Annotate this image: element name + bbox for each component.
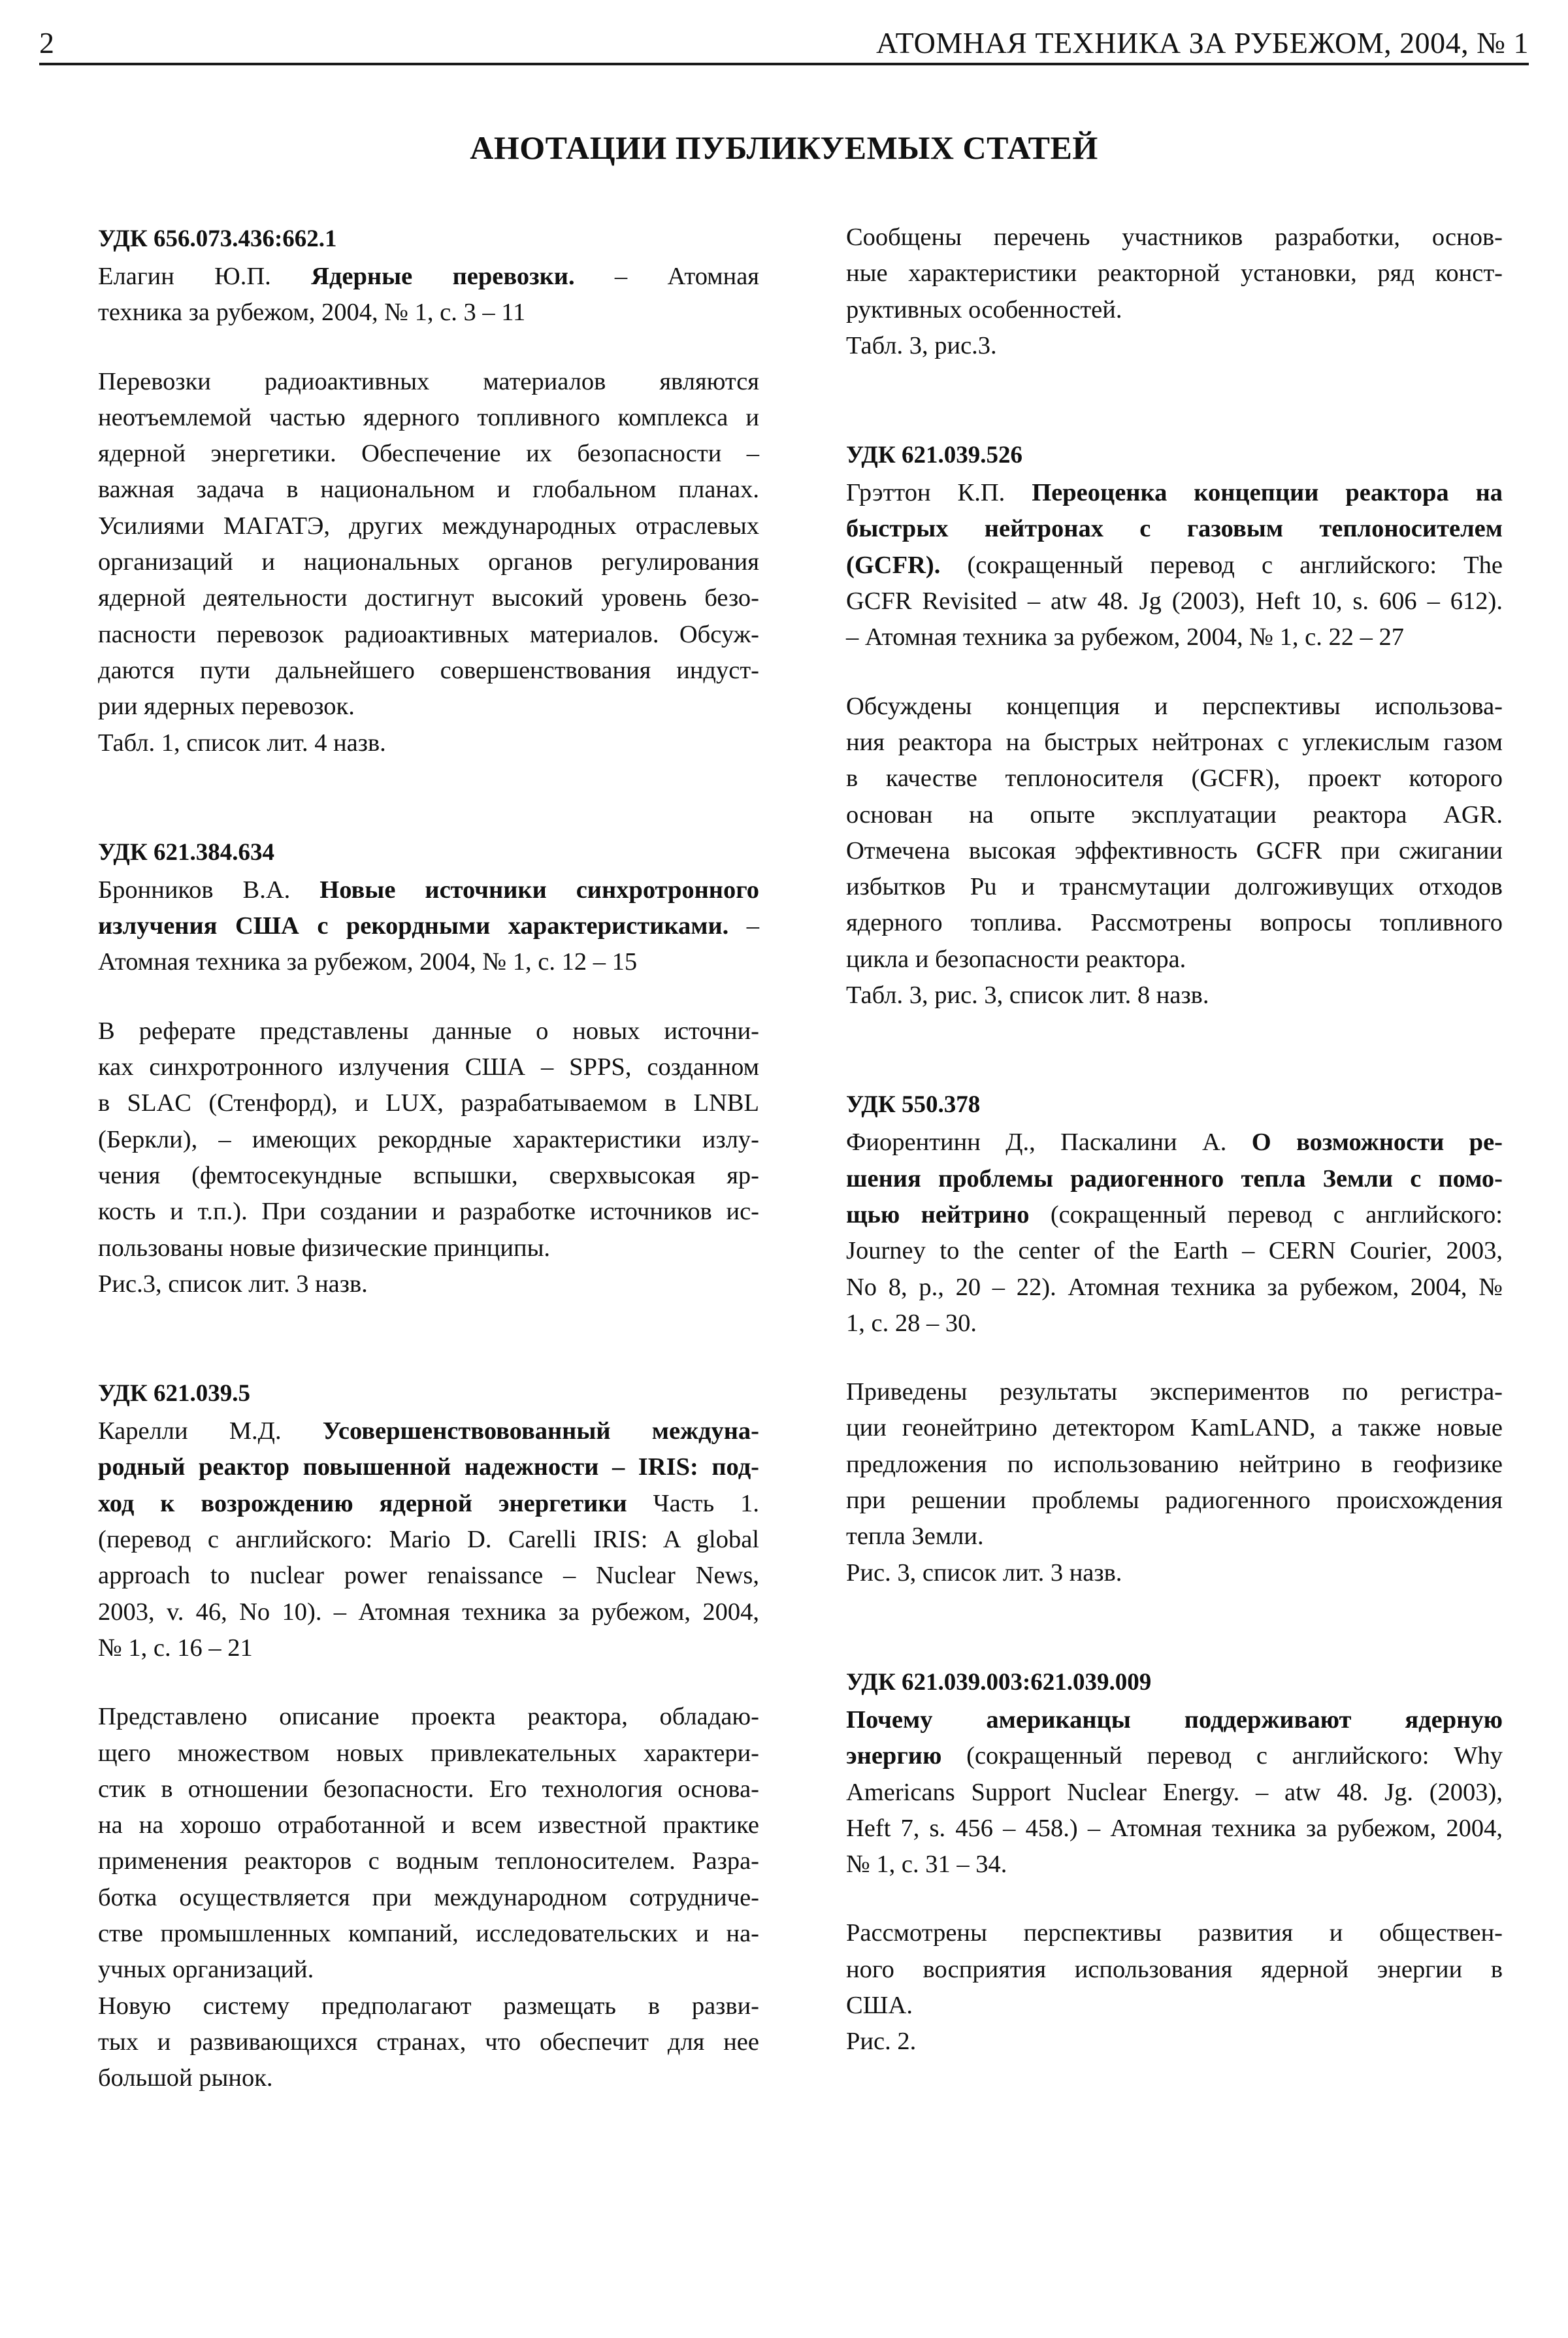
section-title: АНОТАЦИИ ПУБЛИКУЕМЫХ СТАТЕЙ [0,128,1568,167]
abstract-line: ботка осуществляется при международном с… [98,1880,759,1916]
abstract-line: тепла Земли. [846,1519,1503,1555]
running-head: 2 АТОМНАЯ ТЕХНИКА ЗА РУБЕЖОМ, 2004, № 1 [39,24,1529,63]
citation-line: № 1, с. 31 – 34. [846,1847,1503,1883]
citation-text: 1, с. 28 – 30. [846,1309,977,1337]
abstract-line: даются пути дальнейшего совершенствовани… [98,653,759,689]
journal-title: АТОМНАЯ ТЕХНИКА ЗА РУБЕЖОМ, 2004, № 1 [876,24,1529,63]
article-geoneutrino: УДК 550.378Фиорентинн Д., Паскалини А. О… [846,1085,1503,1591]
abstract-line: ядерной энергетики. Обеспечение их безоп… [98,436,759,472]
citation-text: (сокращенный перевод с английского: Why [941,1742,1503,1770]
article-title: Ядерные перевозки. [311,263,574,290]
citation-line: ход к возрождению ядерной энергетики Час… [98,1486,759,1522]
figures-note: Рис. 3, список лит. 3 назв. [846,1555,1503,1591]
citation-line: Карелли М.Д. Усовершенствовованный между… [98,1413,759,1449]
abstract-line: основан на опыте эксплуатации реактора A… [846,797,1503,833]
header-rule [39,63,1529,65]
abstract-line: стик в отношении безопасности. Его техно… [98,1771,759,1807]
article-title: излучения США с рекордными характеристик… [98,912,728,940]
citation-line: (перевод с английского: Mario D. Carelli… [98,1522,759,1558]
abstract-line: стве промышленных компаний, исследовател… [98,1916,759,1952]
abstract-line: пользованы новые физические принципы. [98,1230,759,1266]
citation-text: (сокращенный перевод с английского: The [940,552,1503,579]
citation-line: № 1, с. 16 – 21 [98,1630,759,1666]
article-title: Новые источники синхротронного [319,876,759,904]
citation-text: GCFR Revisited – atw 48. Jg (2003), Heft… [846,587,1503,615]
citation-text: – Атомная [575,263,759,290]
abstract-line: США. [846,1988,1503,2024]
citation-line: щью нейтрино (сокращенный перевод с англ… [846,1197,1503,1233]
citation-text: Атомная техника за рубежом, 2004, № 1, с… [98,948,637,976]
citation-text: Americans Support Nuclear Energy. – atw … [846,1779,1503,1806]
article-gcfr: УДК 621.039.526Грэттон К.П. Переоценка к… [846,436,1503,1013]
abstract-line: при решении проблемы радиогенного происх… [846,1483,1503,1519]
citation-line: 1, с. 28 – 30. [846,1306,1503,1342]
abstract-line: цикла и безопасности реактора. [846,942,1503,978]
article-title: энергию [846,1742,941,1770]
abstract-line: организаций и национальных органов регул… [98,544,759,580]
citation-line: 2003, v. 46, No 10). – Атомная техника з… [98,1594,759,1630]
abstract-line: чения (фемтосекундные вспышки, сверхвысо… [98,1158,759,1194]
article-title: О возможности ре- [1252,1128,1503,1156]
citation-line: Фиорентинн Д., Паскалини А. О возможност… [846,1125,1503,1161]
abstract-line: предложения по использованию нейтрино в … [846,1447,1503,1483]
abstract-line: на на хорошо отработанной и всем известн… [98,1807,759,1843]
citation-text: approach to nuclear power renaissance – … [98,1562,759,1589]
citation-line: Americans Support Nuclear Energy. – atw … [846,1775,1503,1811]
article-synchrotron: УДК 621.384.634Бронников В.А. Новые исто… [98,833,759,1302]
abstract-line: большой рынок. [98,2060,759,2096]
citation-text: 2003, v. 46, No 10). – Атомная техника з… [98,1598,759,1626]
abstract-line: Перевозки радиоактивных материалов являю… [98,364,759,400]
citation-line: – Атомная техника за рубежом, 2004, № 1,… [846,619,1503,655]
abstract-line: пасности перевозок радиоактивных материа… [98,617,759,653]
article-iris-continued: Сообщены перечень участников разработки,… [846,220,1503,364]
abstract-line: ния реактора на быстрых нейтронах с угле… [846,725,1503,761]
abstract-line: в качестве теплоносителя (GCFR), проект … [846,761,1503,797]
citation-text: Карелли М.Д. [98,1417,323,1445]
citation-text: – [728,912,759,940]
udc-code: УДК 550.378 [846,1085,1503,1125]
abstract-line: Новую систему предполагают размещать в р… [98,1988,759,2024]
citation-text: Елагин Ю.П. [98,263,311,290]
udc-code: УДК 621.039.003:621.039.009 [846,1663,1503,1702]
abstract-line: Сообщены перечень участников разработки,… [846,220,1503,255]
citation-line: Почему американцы поддерживают ядерную [846,1702,1503,1738]
abstract-line: неотъемлемой частью ядерного топливного … [98,400,759,436]
figures-note: Рис.3, список лит. 3 назв. [98,1266,759,1302]
abstract-line: Усилиями МАГАТЭ, других международных от… [98,508,759,544]
article-title: ход к возрождению ядерной энергетики [98,1490,627,1517]
citation-text: – Атомная техника за рубежом, 2004, № 1,… [846,623,1404,651]
citation-line: излучения США с рекордными характеристик… [98,908,759,944]
citation-text: Грэттон К.П. [846,479,1032,506]
abstract-line: (Беркли), – имеющих рекордные характерис… [98,1122,759,1158]
udc-code: УДК 656.073.436:662.1 [98,220,759,259]
abstract-line: ции геонейтрино детектором KamLAND, а та… [846,1410,1503,1446]
abstract-line: Рассмотрены перспективы развития и общес… [846,1915,1503,1951]
abstract-line: ного восприятия использования ядерной эн… [846,1952,1503,1988]
right-column: Сообщены перечень участников разработки,… [846,220,1503,2060]
citation-text: № 1, с. 31 – 34. [846,1851,1007,1878]
citation-line: GCFR Revisited – atw 48. Jg (2003), Heft… [846,584,1503,619]
citation-text: No 8, p., 20 – 22). Атомная техника за р… [846,1274,1503,1301]
article-title: Усовершенствовованный междуна- [323,1417,759,1445]
article-american-support: УДК 621.039.003:621.039.009Почему америк… [846,1663,1503,2060]
abstract-line: избытков Pu и трансмутации долгоживущих … [846,869,1503,905]
abstract-line: важная задача в национальном и глобально… [98,472,759,508]
page-number: 2 [39,24,54,63]
citation-text: Heft 7, s. 456 – 458.) – Атомная техника… [846,1815,1503,1842]
abstract-line: ках синхротронного излучения США – SPPS,… [98,1049,759,1085]
article-title: (GCFR). [846,552,940,579]
udc-code: УДК 621.039.5 [98,1374,759,1413]
citation-text: Бронников В.А. [98,876,319,904]
figures-note: Табл. 3, рис.3. [846,328,1503,364]
abstract-line: Отмечена высокая эффективность GCFR при … [846,833,1503,869]
udc-code: УДК 621.039.526 [846,436,1503,475]
article-title: Почему американцы поддерживают ядерную [846,1706,1503,1734]
article-title: быстрых нейтронах с газовым теплоносител… [846,515,1503,542]
abstract-line: рии ядерных перевозок. [98,689,759,725]
citation-text: Часть 1. [627,1490,759,1517]
abstract-line: Представлено описание проекта реактора, … [98,1699,759,1735]
citation-text: Journey to the center of the Earth – CER… [846,1237,1503,1264]
citation-line: шения проблемы радиогенного тепла Земли … [846,1161,1503,1197]
article-title: Переоценка концепции реактора на [1032,479,1503,506]
abstract-line: руктивных особенностей. [846,292,1503,328]
figures-note: Рис. 2. [846,2024,1503,2060]
article-title: шения проблемы радиогенного тепла Земли … [846,1165,1503,1193]
citation-line: Атомная техника за рубежом, 2004, № 1, с… [98,944,759,980]
abstract-line: щего множеством новых привлекательных ха… [98,1736,759,1771]
citation-line: Елагин Ю.П. Ядерные перевозки. – Атомная [98,259,759,295]
figures-note: Табл. 3, рис. 3, список лит. 8 назв. [846,978,1503,1013]
udc-code: УДК 621.384.634 [98,833,759,872]
abstract-line: ные характеристики реакторной установки,… [846,255,1503,291]
abstract-line: ядерного топлива. Рассмотрены вопросы то… [846,905,1503,941]
figures-note: Табл. 1, список лит. 4 назв. [98,725,759,761]
citation-text: (перевод с английского: Mario D. Carelli… [98,1526,759,1553]
abstract-line: Обсуждены концепция и перспективы исполь… [846,689,1503,725]
citation-line: Бронников В.А. Новые источники синхротро… [98,872,759,908]
abstract-line: в SLAC (Стенфорд), и LUX, разрабатываемо… [98,1085,759,1121]
citation-text: № 1, с. 16 – 21 [98,1634,253,1662]
abstract-line: кость и т.п.). При создании и разработке… [98,1194,759,1230]
article-transport: УДК 656.073.436:662.1Елагин Ю.П. Ядерные… [98,220,759,761]
abstract-line: ядерной деятельности достигнут высокий у… [98,580,759,616]
citation-text: Фиорентинн Д., Паскалини А. [846,1128,1252,1156]
abstract-line: учных организаций. [98,1952,759,1988]
citation-line: approach to nuclear power renaissance – … [98,1558,759,1594]
article-iris: УДК 621.039.5Карелли М.Д. Усовершенствов… [98,1374,759,2096]
abstract-line: тых и развивающихся странах, что обеспеч… [98,2024,759,2060]
article-title: родный реактор повышенной надежности – I… [98,1453,759,1481]
citation-line: энергию (сокращенный перевод с английско… [846,1738,1503,1774]
citation-line: Heft 7, s. 456 – 458.) – Атомная техника… [846,1811,1503,1847]
citation-text: техника за рубежом, 2004, № 1, с. 3 – 11 [98,299,525,326]
abstract-line: Приведены результаты экспериментов по ре… [846,1374,1503,1410]
citation-line: Journey to the center of the Earth – CER… [846,1233,1503,1269]
abstract-line: применения реакторов с водным теплоносит… [98,1843,759,1879]
citation-line: родный реактор повышенной надежности – I… [98,1449,759,1485]
citation-line: (GCFR). (сокращенный перевод с английско… [846,548,1503,584]
citation-line: Грэттон К.П. Переоценка концепции реакто… [846,475,1503,511]
abstract-line: В реферате представлены данные о новых и… [98,1013,759,1049]
citation-line: техника за рубежом, 2004, № 1, с. 3 – 11 [98,295,759,331]
citation-line: No 8, p., 20 – 22). Атомная техника за р… [846,1270,1503,1306]
left-column: УДК 656.073.436:662.1Елагин Ю.П. Ядерные… [98,220,759,2096]
citation-text: (сокращенный перевод с английского: [1029,1201,1503,1228]
article-title: щью нейтрино [846,1201,1029,1228]
citation-line: быстрых нейтронах с газовым теплоносител… [846,511,1503,547]
